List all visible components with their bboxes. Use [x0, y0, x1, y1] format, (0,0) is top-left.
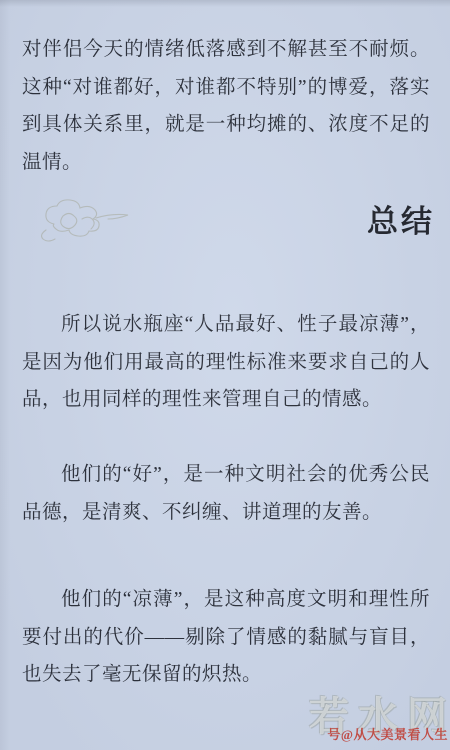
cloud-motif-icon — [24, 188, 136, 246]
book-page: 对伴侣今天的情绪低落感到不解甚至不耐烦。这种“对谁都好，对谁都不特别”的博爱，落… — [0, 0, 450, 750]
paragraph-continuation: 对伴侣今天的情绪低落感到不解甚至不耐烦。这种“对谁都好，对谁都不特别”的博爱，落… — [22, 31, 430, 181]
summary-paragraph-3: 他们的“凉薄”，是这种高度文明和理性所要付出的代价——剔除了情感的黏腻与盲目，也… — [22, 581, 430, 694]
watermark-credit-line: 号@从大美景看人生 — [327, 724, 448, 743]
summary-paragraph-1: 所以说水瓶座“人品最好、性子最凉薄”，是因为他们用最高的理性标准来要求自己的人品… — [22, 306, 430, 419]
watermark: 若水网 号@从大美景看人生 — [270, 688, 450, 750]
summary-paragraph-2: 他们的“好”，是一种文明社会的优秀公民品德，是清爽、不纠缠、讲道理的友善。 — [22, 456, 430, 531]
section-heading: 总结 — [367, 196, 435, 241]
